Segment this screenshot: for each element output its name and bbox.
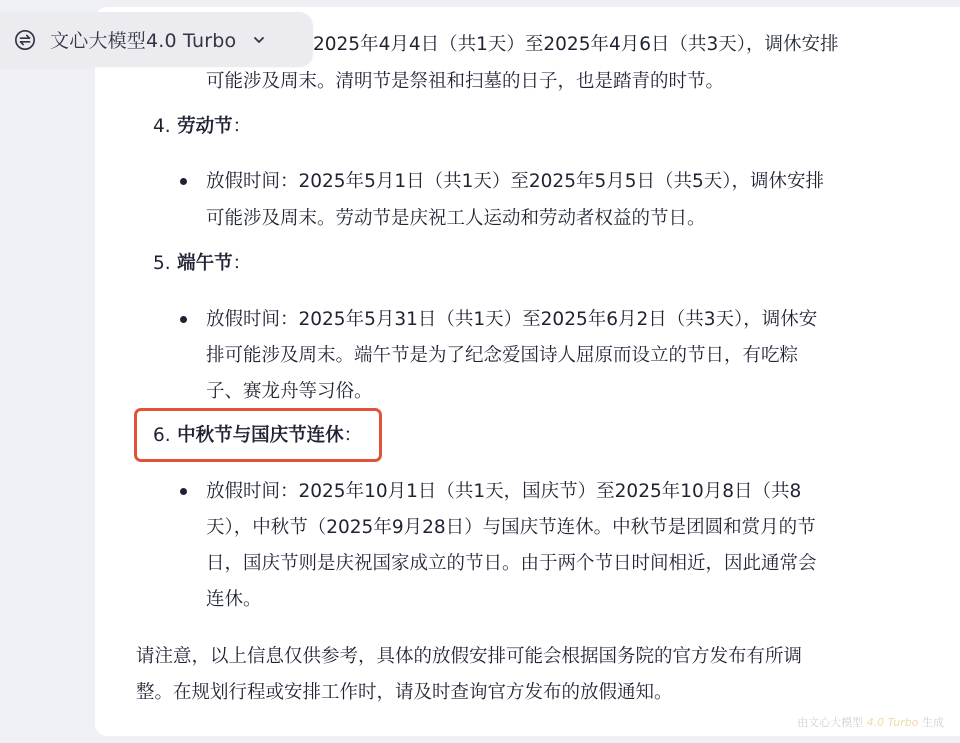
note-line: 请注意，以上信息仅供参考，具体的放假安排可能会根据国务院的官方发布有所调 <box>136 645 802 669</box>
item3-text-line: 2025年4月4日（共1天）至2025年4月6日（共3天），调休安排 <box>313 33 839 57</box>
item5-bullet-line: 子、赛龙舟等习俗。 <box>206 380 373 404</box>
model-selector-button[interactable]: 文心大模型4.0 Turbo <box>0 12 313 67</box>
item6-bullet-line: 连休。 <box>206 588 262 612</box>
item6-bullet-line: 日，国庆节则是庆祝国家成立的节日。由于两个节日时间相近，因此通常会 <box>206 552 817 576</box>
item5-heading: 5. 端午节： <box>153 252 251 276</box>
model-name: 文心大模型4.0 Turbo <box>50 26 236 53</box>
generated-by-watermark: 由文心大模型 4.0 Turbo 生成 <box>797 714 944 730</box>
bullet-dot <box>180 316 187 323</box>
item5-bullet-line: 排可能涉及周末。端午节是为了纪念爱国诗人屈原而设立的节日，有吃粽 <box>206 344 798 368</box>
item4-bullet-line: 放假时间：2025年5月1日（共1天）至2025年5月5日（共5天），调休安排 <box>206 170 824 194</box>
item4-heading: 4. 劳动节： <box>153 115 251 139</box>
item3-text-line: 可能涉及周末。清明节是祭祖和扫墓的日子，也是踏青的时节。 <box>206 70 724 94</box>
switch-icon <box>14 29 36 51</box>
item6-heading: 6. 中秋节与国庆节连休： <box>153 424 362 448</box>
item4-bullet-line: 可能涉及周末。劳动节是庆祝工人运动和劳动者权益的节日。 <box>206 207 706 231</box>
chevron-down-icon <box>252 33 266 47</box>
bullet-dot <box>180 488 187 495</box>
item5-bullet-line: 放假时间：2025年5月31日（共1天）至2025年6月2日（共3天），调休安 <box>206 308 817 332</box>
item6-bullet-line: 放假时间：2025年10月1日（共1天，国庆节）至2025年10月8日（共8 <box>206 480 801 504</box>
note-line: 整。在规划行程或安排工作时，请及时查询官方发布的放假通知。 <box>136 681 673 705</box>
item6-bullet-line: 天），中秋节（2025年9月28日）与国庆节连休。中秋节是团圆和赏月的节 <box>206 516 816 540</box>
bullet-dot <box>180 178 187 185</box>
